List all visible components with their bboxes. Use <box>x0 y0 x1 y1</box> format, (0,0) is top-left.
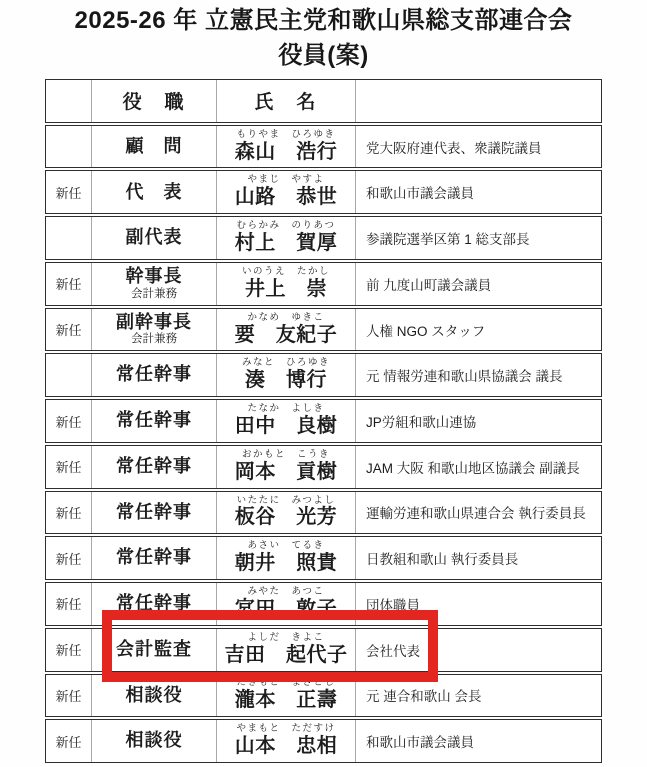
name-furigana: たなか よしき <box>247 404 324 415</box>
name-cell: やまじ やすよ 山路 恭世 <box>217 171 356 213</box>
name-furigana: みなと ひろゆき <box>242 358 330 369</box>
note-label: 元 連合和歌山 会長 <box>366 685 482 705</box>
position-label: 代 表 <box>126 182 183 204</box>
name-label: 吉田 起代子 <box>225 644 348 667</box>
position-cell: 副幹事長 会計兼務 <box>92 309 217 351</box>
title-line1: 2025-26 年 立憲民主党和歌山県総支部連合会 <box>0 3 647 38</box>
name-furigana: いたたに みつよし <box>237 496 336 507</box>
table-row: 新任 相談役 たきもと まさとし 瀧本 正壽 元 連合和歌山 会長 <box>45 674 602 718</box>
new-appointment-label: 新任 <box>55 732 81 751</box>
position-cell: 常任幹事 <box>92 492 217 534</box>
position-label: 顧 問 <box>126 136 183 158</box>
position-sub-label: 会計兼務 <box>131 333 177 347</box>
name-cell: むらかみ のりあつ 村上 賀厚 <box>217 217 356 259</box>
new-appointment-label: 新任 <box>55 412 81 431</box>
table-row: 新任 代 表 やまじ やすよ 山路 恭世 和歌山市議会議員 <box>45 170 602 214</box>
note-cell: 元 連合和歌山 会長 <box>356 675 601 717</box>
note-cell: 和歌山市議会議員 <box>356 171 601 213</box>
position-cell: 常任幹事 <box>92 583 217 625</box>
name-cell: かなめ ゆきこ 要 友紀子 <box>217 309 356 351</box>
position-cell: 会計監査 <box>92 629 217 671</box>
name-furigana: みやた あつこ <box>247 587 324 598</box>
position-cell: 常任幹事 <box>92 446 217 488</box>
header-position-label: 役 職 <box>122 87 185 114</box>
new-appointment-label: 新任 <box>55 503 81 522</box>
name-label: 村上 賀厚 <box>235 232 338 255</box>
name-label: 森山 浩行 <box>235 141 338 164</box>
position-label: 常任幹事 <box>116 410 192 432</box>
new-appointment-cell: 新任 <box>46 309 92 351</box>
name-furigana: もりやま ひろゆき <box>236 130 335 141</box>
name-label: 井上 崇 <box>245 278 327 301</box>
new-appointment-label: 新任 <box>55 640 81 659</box>
table-row: 新任 副幹事長 会計兼務 かなめ ゆきこ 要 友紀子 人権 NGO スタッフ <box>45 308 602 352</box>
new-appointment-label: 新任 <box>55 594 81 613</box>
new-appointment-label: 新任 <box>55 320 81 339</box>
new-appointment-label: 新任 <box>55 457 81 476</box>
new-appointment-cell: 新任 <box>46 720 92 762</box>
name-furigana: おかもと こうき <box>242 450 330 461</box>
new-appointment-label: 新任 <box>55 274 81 293</box>
position-label: 相談役 <box>126 730 183 752</box>
note-label: 前 九度山町議会議員 <box>366 274 491 294</box>
new-appointment-cell <box>46 126 92 168</box>
name-label: 田中 良樹 <box>235 415 338 438</box>
note-cell: 元 情報労連和歌山県協議会 議長 <box>356 354 601 396</box>
note-label: 日教組和歌山 執行委員長 <box>366 548 518 568</box>
table-row: 常任幹事 みなと ひろゆき 湊 博行 元 情報労連和歌山県協議会 議長 <box>45 353 602 397</box>
name-cell: あさい てるき 朝井 照貴 <box>217 537 356 579</box>
new-appointment-cell: 新任 <box>46 263 92 305</box>
name-cell: やまもと ただすけ 山本 忠相 <box>217 720 356 762</box>
position-sub-label: 会計兼務 <box>131 288 177 302</box>
name-cell: いのうえ たかし 井上 崇 <box>217 263 356 305</box>
position-cell: 相談役 <box>92 675 217 717</box>
name-cell: おかもと こうき 岡本 貢樹 <box>217 446 356 488</box>
name-furigana: むらかみ のりあつ <box>236 221 335 232</box>
note-cell: 前 九度山町議会議員 <box>356 263 601 305</box>
new-appointment-cell: 新任 <box>46 629 92 671</box>
name-furigana: あさい てるき <box>247 541 324 552</box>
position-label: 副代表 <box>126 227 183 249</box>
position-cell: 顧 問 <box>92 126 217 168</box>
name-label: 板谷 光芳 <box>235 506 338 529</box>
name-label: 瀧本 正壽 <box>235 689 338 712</box>
new-appointment-cell: 新任 <box>46 583 92 625</box>
name-cell: たなか よしき 田中 良樹 <box>217 400 356 442</box>
header-note-cell <box>356 80 601 122</box>
note-label: 元 情報労連和歌山県協議会 議長 <box>366 365 563 385</box>
table-row: 新任 常任幹事 おかもと こうき 岡本 貢樹 JAM 大阪 和歌山地区協議会 副… <box>45 445 602 489</box>
new-appointment-label: 新任 <box>55 549 81 568</box>
position-label: 常任幹事 <box>116 593 192 615</box>
new-appointment-cell: 新任 <box>46 400 92 442</box>
note-label: 参議院選挙区第 1 総支部長 <box>366 228 530 248</box>
table-row: 新任 幹事長 会計兼務 いのうえ たかし 井上 崇 前 九度山町議会議員 <box>45 262 602 306</box>
name-furigana: いのうえ たかし <box>242 267 330 278</box>
table-header-row: 役 職 氏 名 <box>45 79 602 123</box>
note-cell: 参議院選挙区第 1 総支部長 <box>356 217 601 259</box>
note-label: 和歌山市議会議員 <box>366 182 474 202</box>
name-furigana: たきもと まさとし <box>236 678 335 689</box>
position-label: 会計監査 <box>116 639 192 661</box>
table-row: 新任 相談役 やまもと ただすけ 山本 忠相 和歌山市議会議員 <box>45 719 602 763</box>
header-new-appointment-cell <box>46 80 92 122</box>
position-label: 相談役 <box>126 685 183 707</box>
position-label: 副幹事長 <box>116 312 192 334</box>
table-row: 新任 常任幹事 あさい てるき 朝井 照貴 日教組和歌山 執行委員長 <box>45 536 602 580</box>
note-cell: 会社代表 <box>356 629 601 671</box>
new-appointment-cell <box>46 354 92 396</box>
new-appointment-cell: 新任 <box>46 446 92 488</box>
note-cell: 人権 NGO スタッフ <box>356 309 601 351</box>
new-appointment-cell: 新任 <box>46 171 92 213</box>
new-appointment-label: 新任 <box>55 183 81 202</box>
name-cell: いたたに みつよし 板谷 光芳 <box>217 492 356 534</box>
name-cell: よしだ きよこ 吉田 起代子 <box>217 629 356 671</box>
position-cell: 代 表 <box>92 171 217 213</box>
note-label: 会社代表 <box>366 640 420 660</box>
document-title: 2025-26 年 立憲民主党和歌山県総支部連合会 役員(案) <box>0 3 647 73</box>
name-furigana: やまじ やすよ <box>247 175 324 186</box>
new-appointment-cell: 新任 <box>46 537 92 579</box>
note-cell: JAM 大阪 和歌山地区協議会 副議長 <box>356 446 601 488</box>
header-name-label: 氏 名 <box>254 87 317 114</box>
officers-table: 役 職 氏 名 顧 問 もりやま ひろゆき 森山 浩行 党大阪府連代表、衆議院議… <box>45 79 602 763</box>
position-label: 常任幹事 <box>116 364 192 386</box>
table-row: 新任 常任幹事 たなか よしき 田中 良樹 JP労組和歌山連協 <box>45 399 602 443</box>
name-furigana: よしだ きよこ <box>247 633 324 644</box>
header-position-cell: 役 職 <box>92 80 217 122</box>
table-row: 副代表 むらかみ のりあつ 村上 賀厚 参議院選挙区第 1 総支部長 <box>45 216 602 260</box>
position-cell: 幹事長 会計兼務 <box>92 263 217 305</box>
position-label: 幹事長 <box>126 266 183 288</box>
name-label: 湊 博行 <box>245 369 327 392</box>
name-cell: もりやま ひろゆき 森山 浩行 <box>217 126 356 168</box>
name-label: 岡本 貢樹 <box>235 461 338 484</box>
note-label: 人権 NGO スタッフ <box>366 320 485 340</box>
new-appointment-cell <box>46 217 92 259</box>
note-cell: 党大阪府連代表、衆議院議員 <box>356 126 601 168</box>
name-cell: みやた あつこ 宮田 敦子 <box>217 583 356 625</box>
table-row: 新任 会計監査 よしだ きよこ 吉田 起代子 会社代表 <box>45 628 602 672</box>
note-label: JP労組和歌山連協 <box>366 411 476 431</box>
note-cell: JP労組和歌山連協 <box>356 400 601 442</box>
position-cell: 副代表 <box>92 217 217 259</box>
position-cell: 常任幹事 <box>92 354 217 396</box>
name-label: 要 友紀子 <box>235 324 338 347</box>
name-cell: みなと ひろゆき 湊 博行 <box>217 354 356 396</box>
new-appointment-label: 新任 <box>55 686 81 705</box>
note-label: JAM 大阪 和歌山地区協議会 副議長 <box>366 457 580 477</box>
table-row: 顧 問 もりやま ひろゆき 森山 浩行 党大阪府連代表、衆議院議員 <box>45 125 602 169</box>
name-furigana: かなめ ゆきこ <box>247 313 324 324</box>
note-label: 運輸労連和歌山県連合会 執行委員長 <box>366 502 586 522</box>
note-label: 和歌山市議会議員 <box>366 731 474 751</box>
note-cell: 運輸労連和歌山県連合会 執行委員長 <box>356 492 601 534</box>
name-label: 山本 忠相 <box>235 735 338 758</box>
note-cell: 和歌山市議会議員 <box>356 720 601 762</box>
position-cell: 常任幹事 <box>92 400 217 442</box>
title-line2: 役員(案) <box>0 38 647 73</box>
new-appointment-cell: 新任 <box>46 675 92 717</box>
position-cell: 相談役 <box>92 720 217 762</box>
name-label: 朝井 照貴 <box>235 552 338 575</box>
position-label: 常任幹事 <box>116 547 192 569</box>
note-label: 党大阪府連代表、衆議院議員 <box>366 137 542 157</box>
position-label: 常任幹事 <box>116 502 192 524</box>
note-cell: 日教組和歌山 執行委員長 <box>356 537 601 579</box>
name-label: 山路 恭世 <box>235 186 338 209</box>
new-appointment-cell: 新任 <box>46 492 92 534</box>
table-row: 新任 常任幹事 いたたに みつよし 板谷 光芳 運輸労連和歌山県連合会 執行委員… <box>45 491 602 535</box>
note-label: 団体職員 <box>366 594 420 614</box>
document-page: 2025-26 年 立憲民主党和歌山県総支部連合会 役員(案) 役 職 氏 名 … <box>0 0 647 767</box>
note-cell: 団体職員 <box>356 583 601 625</box>
position-label: 常任幹事 <box>116 456 192 478</box>
name-label: 宮田 敦子 <box>235 598 338 621</box>
name-furigana: やまもと ただすけ <box>236 724 335 735</box>
table-row: 新任 常任幹事 みやた あつこ 宮田 敦子 団体職員 <box>45 582 602 626</box>
position-cell: 常任幹事 <box>92 537 217 579</box>
header-name-cell: 氏 名 <box>217 80 356 122</box>
name-cell: たきもと まさとし 瀧本 正壽 <box>217 675 356 717</box>
